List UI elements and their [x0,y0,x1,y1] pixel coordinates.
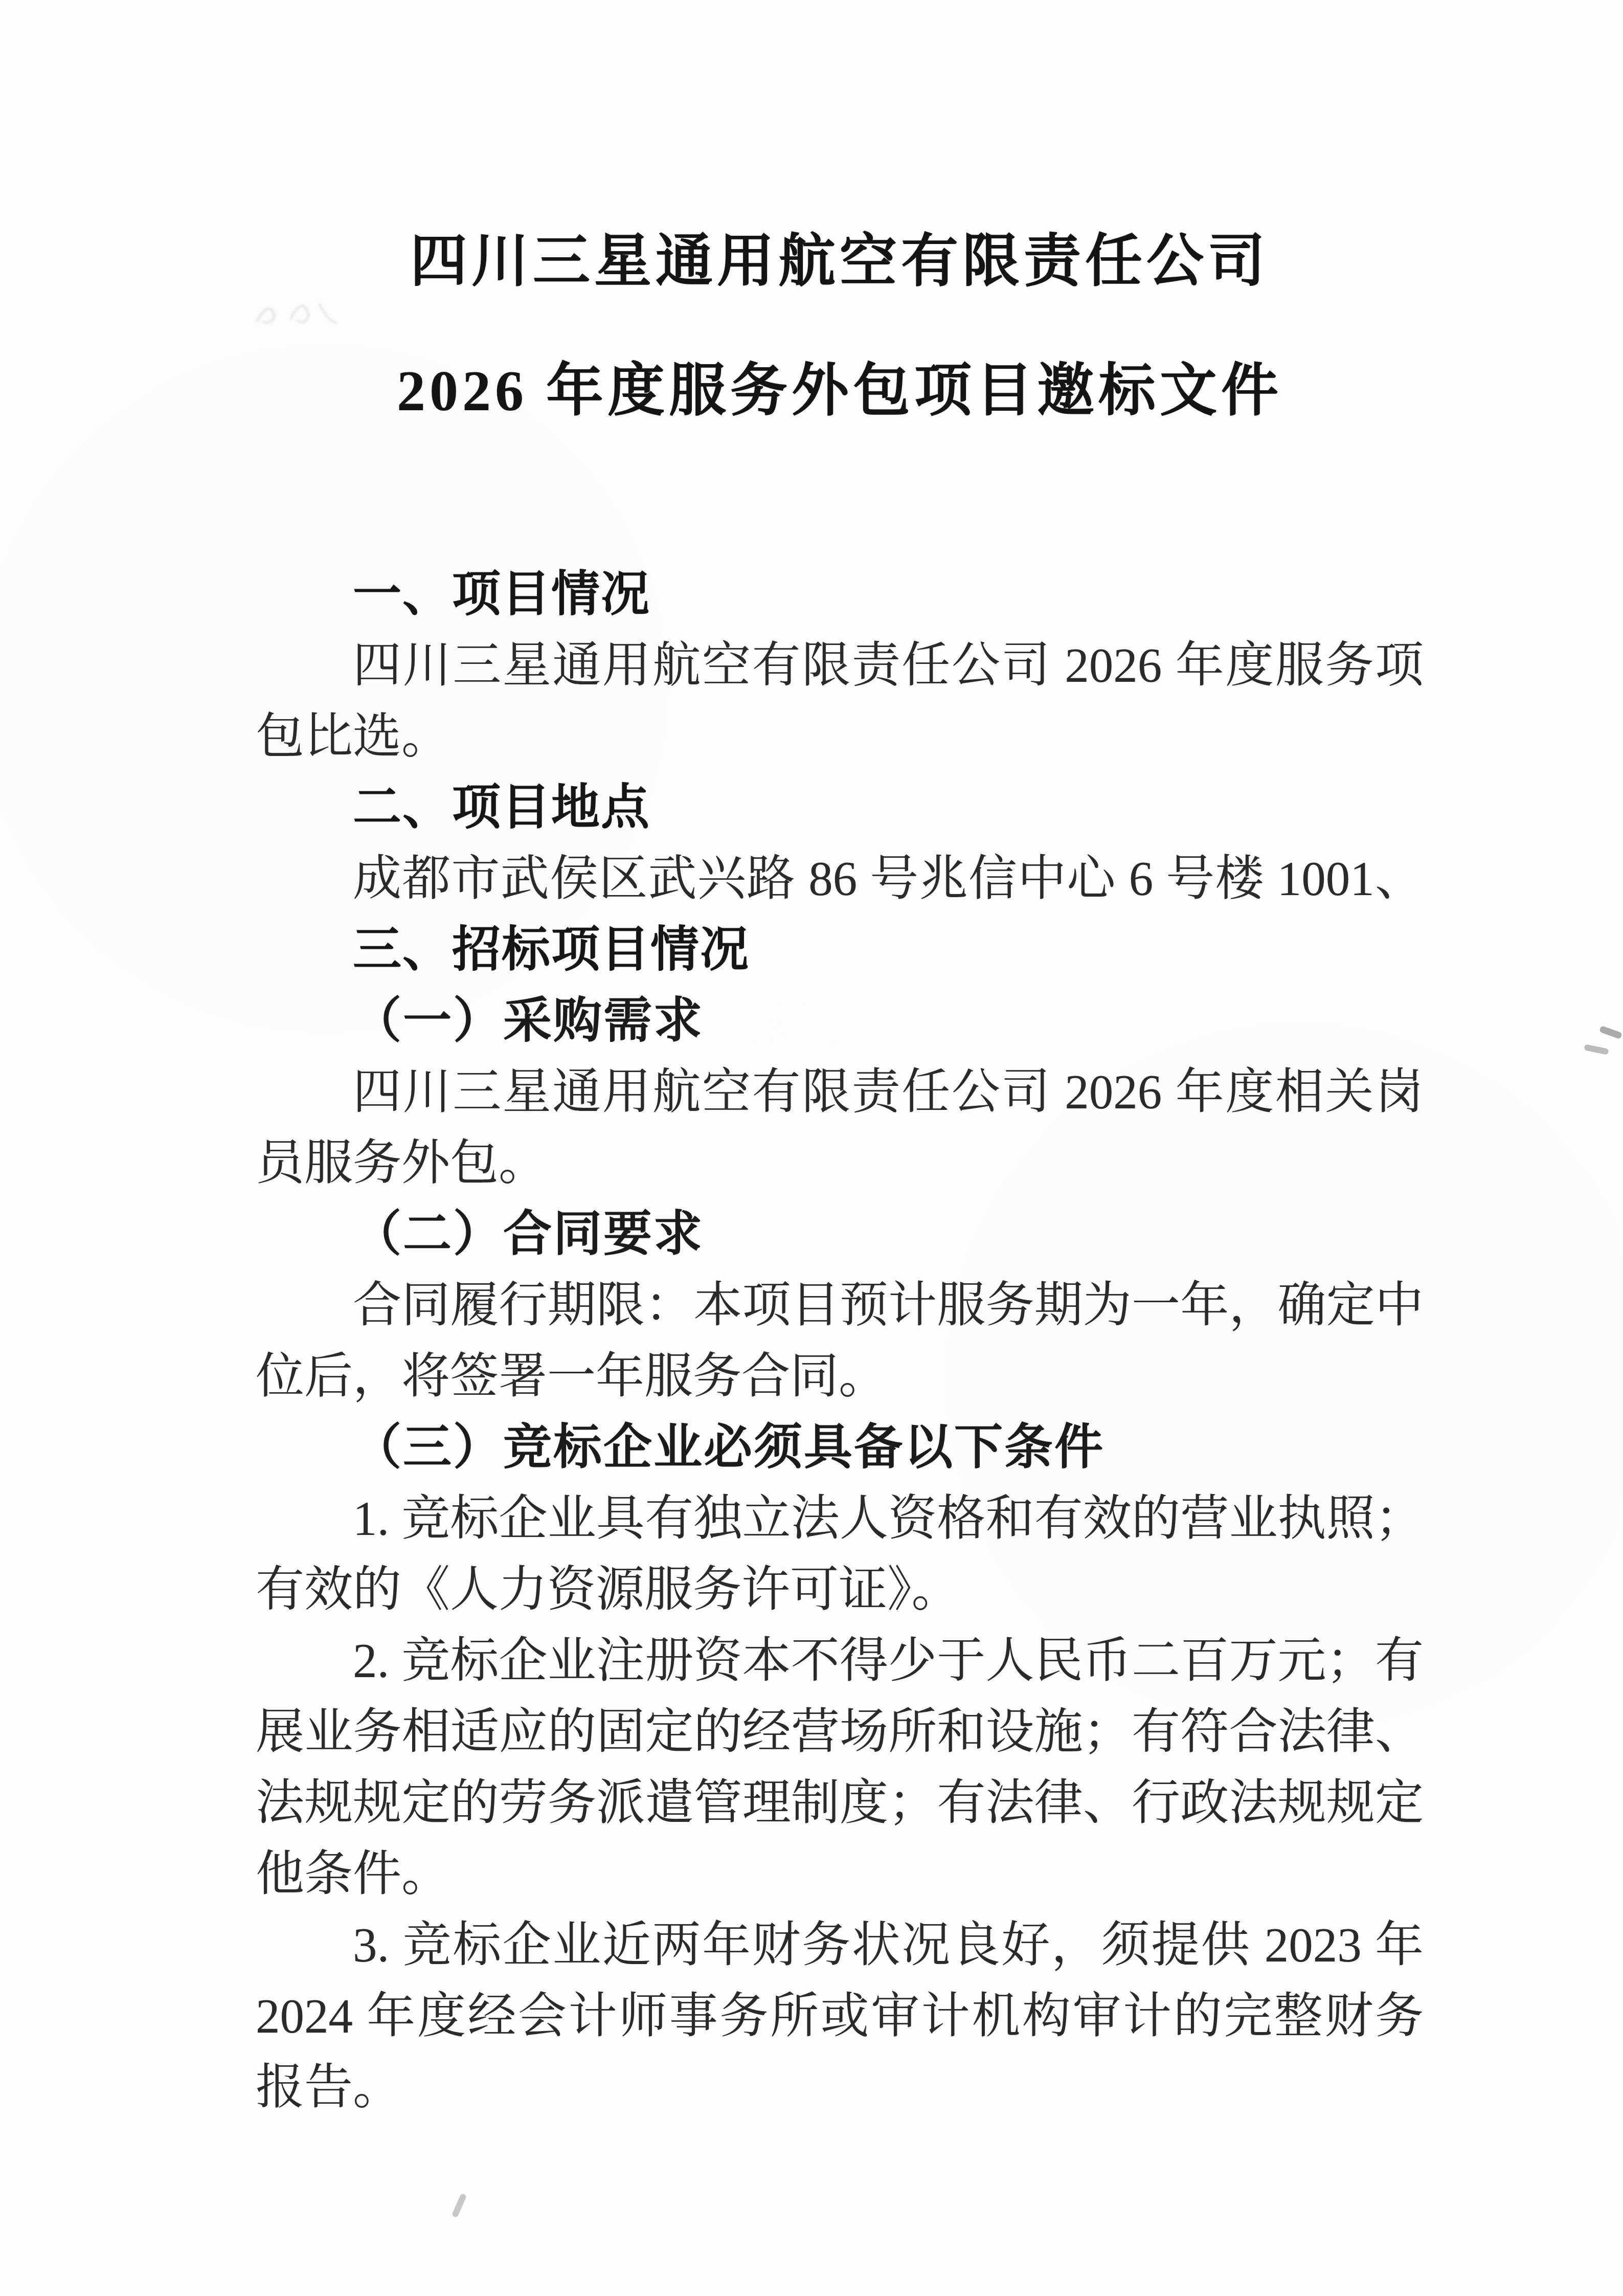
text-line: 展业务相适应的固定的经营场所和设施；有符合法律、行政 [256,1697,1424,1768]
heading-major: 三、招标项目情况 [256,915,1424,986]
text-line: 成都市武侯区武兴路 86 号兆信中心 6 号楼 1001、1004。 [256,843,1424,915]
text-line: 报告。 [256,2052,1424,2123]
text-line: 2. 竞标企业注册资本不得少于人民币二百万元；有与开 [256,1625,1424,1697]
text-line: （三）竞标企业必须具备以下条件 [256,1412,1424,1483]
body: 四川三星通用航空有限责任公司 2026 年度相关岗位人员服务外包。 [256,1057,1424,1199]
body: 四川三星通用航空有限责任公司 2026 年度服务项目外包比选。 [256,630,1424,772]
text-line: 三、招标项目情况 [256,915,1424,986]
scanned-document-page: 四川三星通用航空有限责任公司 2026 年度服务外包项目邀标文件 一、项目情况四… [0,0,1623,2296]
body: 3. 竞标企业近两年财务状况良好，须提供 2023 年度、2024 年度经会计师… [256,1910,1424,2123]
heading-sub: （一）采购需求 [256,986,1424,1057]
text-line: 合同履行期限：本项目预计服务期为一年，确定中标单 [256,1270,1424,1341]
heading-sub: （二）合同要求 [256,1199,1424,1270]
heading-major: 二、项目地点 [256,772,1424,843]
scan-speck-artifact [1584,1044,1609,1055]
text-line: 他条件。 [256,1839,1424,1910]
scan-speck-artifact [1599,1026,1622,1039]
text-line: 位后，将签署一年服务合同。 [256,1341,1424,1412]
text-line: 3. 竞标企业近两年财务状况良好，须提供 2023 年度、 [256,1910,1424,1981]
text-line: （一）采购需求 [256,986,1424,1057]
document-title: 四川三星通用航空有限责任公司 2026 年度服务外包项目邀标文件 [256,224,1424,430]
text-line: 二、项目地点 [256,772,1424,843]
document-body: 一、项目情况四川三星通用航空有限责任公司 2026 年度服务项目外包比选。二、项… [256,559,1424,2123]
text-line: 法规规定的劳务派遣管理制度；有法律、行政法规规定的其 [256,1768,1424,1839]
heading-major: 一、项目情况 [256,559,1424,630]
body: 成都市武侯区武兴路 86 号兆信中心 6 号楼 1001、1004。 [256,843,1424,915]
text-line: 有效的《人力资源服务许可证》。 [256,1554,1424,1625]
text-line: 四川三星通用航空有限责任公司 2026 年度相关岗位人 [256,1057,1424,1128]
body: 合同履行期限：本项目预计服务期为一年，确定中标单位后，将签署一年服务合同。 [256,1270,1424,1412]
body: 1. 竞标企业具有独立法人资格和有效的营业执照；具有有效的《人力资源服务许可证》… [256,1483,1424,1625]
text-line: 1. 竞标企业具有独立法人资格和有效的营业执照；具有 [256,1483,1424,1554]
document-title-line-1: 四川三星通用航空有限责任公司 [256,224,1424,300]
heading-sub: （三）竞标企业必须具备以下条件 [256,1412,1424,1483]
text-line: （二）合同要求 [256,1199,1424,1270]
text-line: 2024 年度经会计师事务所或审计机构审计的完整财务审计 [256,1981,1424,2052]
text-line: 一、项目情况 [256,559,1424,630]
text-line: 包比选。 [256,701,1424,772]
text-line: 四川三星通用航空有限责任公司 2026 年度服务项目外 [256,630,1424,701]
text-line: 员服务外包。 [256,1128,1424,1199]
body: 2. 竞标企业注册资本不得少于人民币二百万元；有与开展业务相适应的固定的经营场所… [256,1625,1424,1910]
document-title-line-2: 2026 年度服务外包项目邀标文件 [256,353,1424,430]
scan-speck-artifact [452,2193,467,2218]
